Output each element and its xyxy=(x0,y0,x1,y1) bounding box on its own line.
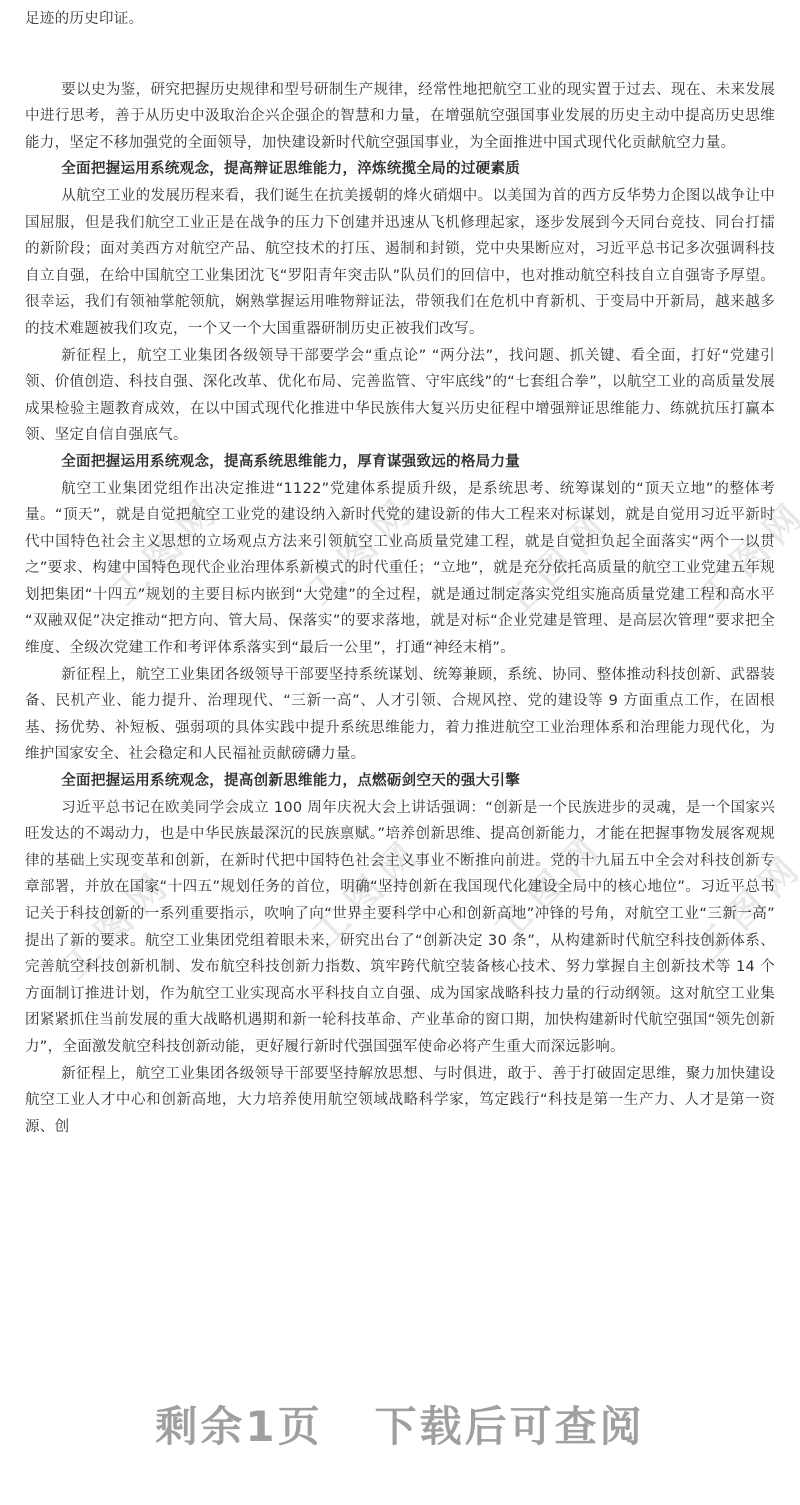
body-paragraph: 从航空工业的发展历程来看，我们诞生在抗美援朝的烽火硝烟中。以美国为首的西方反华势… xyxy=(25,183,775,343)
body-paragraph: 习近平总书记在欧美同学会成立 100 周年庆祝大会上讲话强调：“创新是一个民族进… xyxy=(25,795,775,1061)
document-content: 足迹的历史印证。 要以史为鉴，研究把握历史规律和型号研制生产规律，经常性地把航空… xyxy=(0,6,800,1140)
body-paragraph: 航空工业集团党组作出决定推进“1122”党建体系提质升级，是系统思考、统筹谋划的… xyxy=(25,476,775,662)
body-paragraph: 新征程上，航空工业集团各级领导干部要坚持系统谋划、统筹兼顾，系统、协同、整体推动… xyxy=(25,662,775,768)
body-paragraph: 要以史为鉴，研究把握历史规律和型号研制生产规律，经常性地把航空工业的现实置于过去… xyxy=(25,77,775,157)
document-page: 工图网 工图网 工图网 工图网 工图网 工图网 工图网 工图网 足迹的历史印证。… xyxy=(0,0,800,1505)
continuation-line: 足迹的历史印证。 xyxy=(25,6,775,33)
remaining-pages-label: 剩余1页 xyxy=(155,1402,322,1451)
section-heading: 全面把握运用系统观念，提高系统思维能力，厚育谋强致远的格局力量 xyxy=(25,449,775,476)
section-heading: 全面把握运用系统观念，提高创新思维能力，点燃砺剑空天的强大引擎 xyxy=(25,768,775,795)
body-paragraph: 新征程上，航空工业集团各级领导干部要坚持解放思想、与时俱进，敢于、善于打破固定思… xyxy=(25,1061,775,1141)
preview-footer: 剩余1页下载后可查阅 xyxy=(0,1394,800,1454)
body-paragraph: 新征程上，航空工业集团各级领导干部要学会“重点论” “两分法”，找问题、抓关键、… xyxy=(25,343,775,449)
download-hint-label: 下载后可查阅 xyxy=(375,1402,645,1451)
section-heading: 全面把握运用系统观念，提高辩证思维能力，淬炼统揽全局的过硬素质 xyxy=(25,156,775,183)
